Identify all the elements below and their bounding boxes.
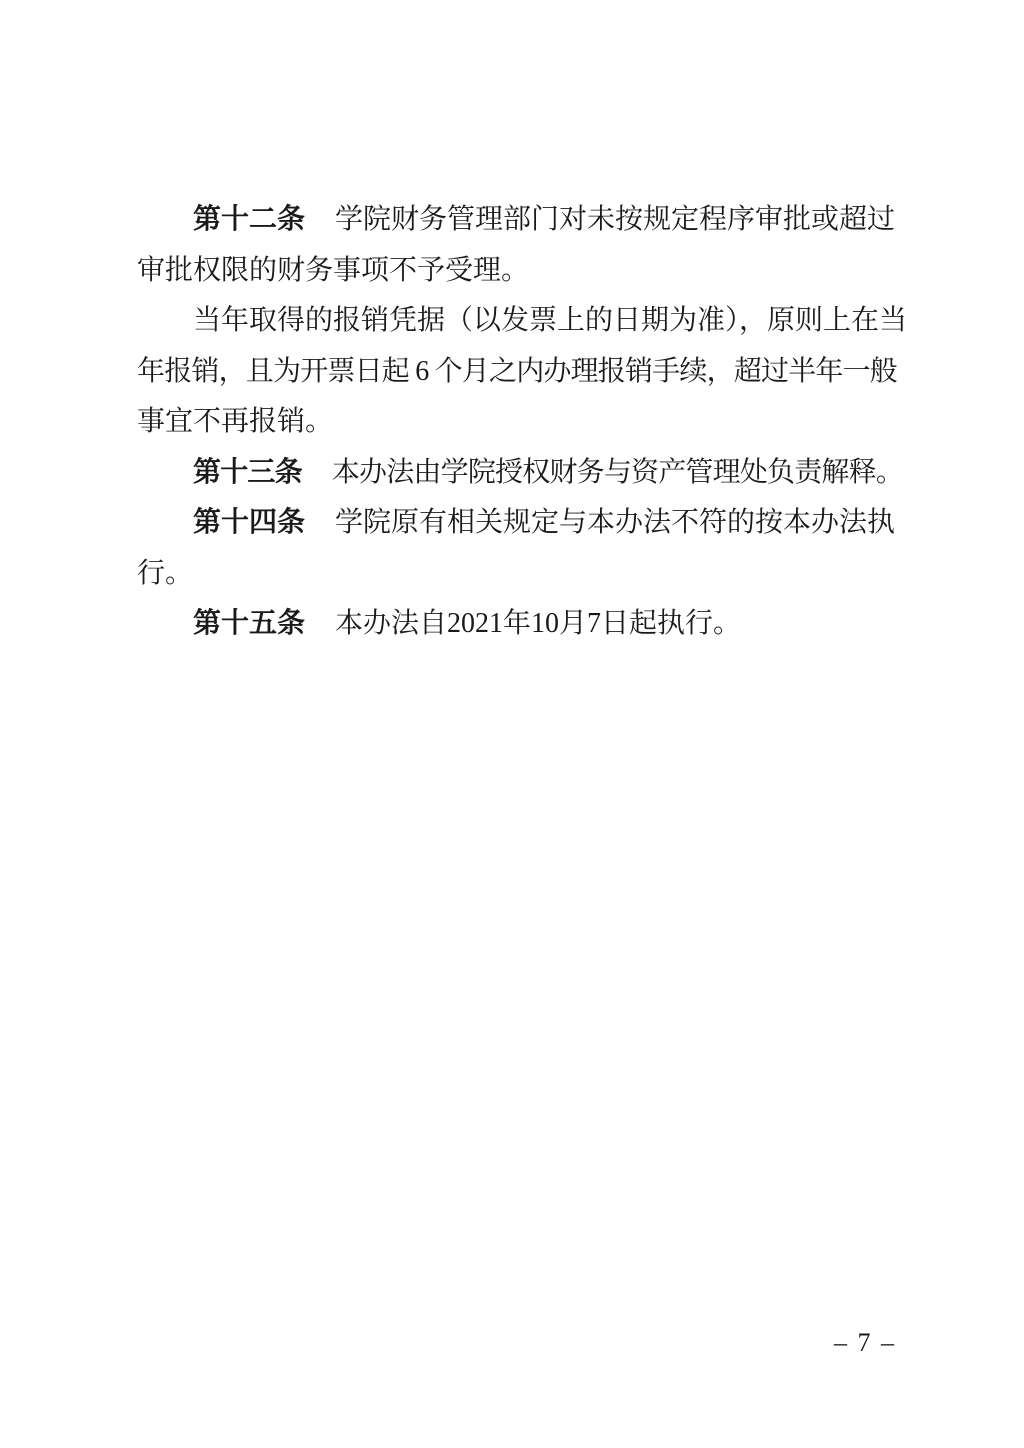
line-text: 学院财务管理部门对未按规定程序审批或超过 [335, 204, 895, 235]
text-line: 年报销，且为开票日起 6 个月之内办理报销手续，超过半年一般 [137, 347, 903, 398]
paragraph-article-13: 第十三条本办法由学院授权财务与资产管理处负责解释。 [137, 448, 903, 499]
article-term: 第十五条 [193, 608, 305, 639]
paragraph-reimbursement-rule: 当年取得的报销凭据（以发票上的日期为准），原则上在当 年报销，且为开票日起 6 … [137, 296, 903, 448]
text-line: 审批权限的财务事项不予受理。 [137, 246, 903, 297]
article-term: 第十二条 [193, 204, 305, 235]
page-number: – 7 – [834, 1328, 896, 1358]
text-line: 第十三条本办法由学院授权财务与资产管理处负责解释。 [137, 448, 903, 499]
line-text: 学院原有相关规定与本办法不符的按本办法执 [335, 507, 895, 538]
line-text: 本办法自2021年10月7日起执行。 [335, 608, 741, 639]
paragraph-article-14: 第十四条学院原有相关规定与本办法不符的按本办法执 行。 [137, 498, 903, 599]
text-line: 事宜不再报销。 [137, 397, 903, 448]
article-term: 第十四条 [193, 507, 305, 538]
document-page: 第十二条学院财务管理部门对未按规定程序审批或超过 审批权限的财务事项不予受理。 … [0, 0, 1024, 1448]
paragraph-article-12: 第十二条学院财务管理部门对未按规定程序审批或超过 审批权限的财务事项不予受理。 [137, 195, 903, 296]
text-line: 第十五条本办法自2021年10月7日起执行。 [137, 599, 903, 650]
text-line: 第十二条学院财务管理部门对未按规定程序审批或超过 [137, 195, 903, 246]
article-body: 第十二条学院财务管理部门对未按规定程序审批或超过 审批权限的财务事项不予受理。 … [137, 195, 903, 650]
line-text: 本办法由学院授权财务与资产管理处负责解释。 [332, 457, 903, 488]
article-term: 第十三条 [193, 457, 302, 488]
paragraph-article-15: 第十五条本办法自2021年10月7日起执行。 [137, 599, 903, 650]
text-line: 行。 [137, 549, 903, 600]
text-line: 当年取得的报销凭据（以发票上的日期为准），原则上在当 [137, 296, 903, 347]
text-line: 第十四条学院原有相关规定与本办法不符的按本办法执 [137, 498, 903, 549]
